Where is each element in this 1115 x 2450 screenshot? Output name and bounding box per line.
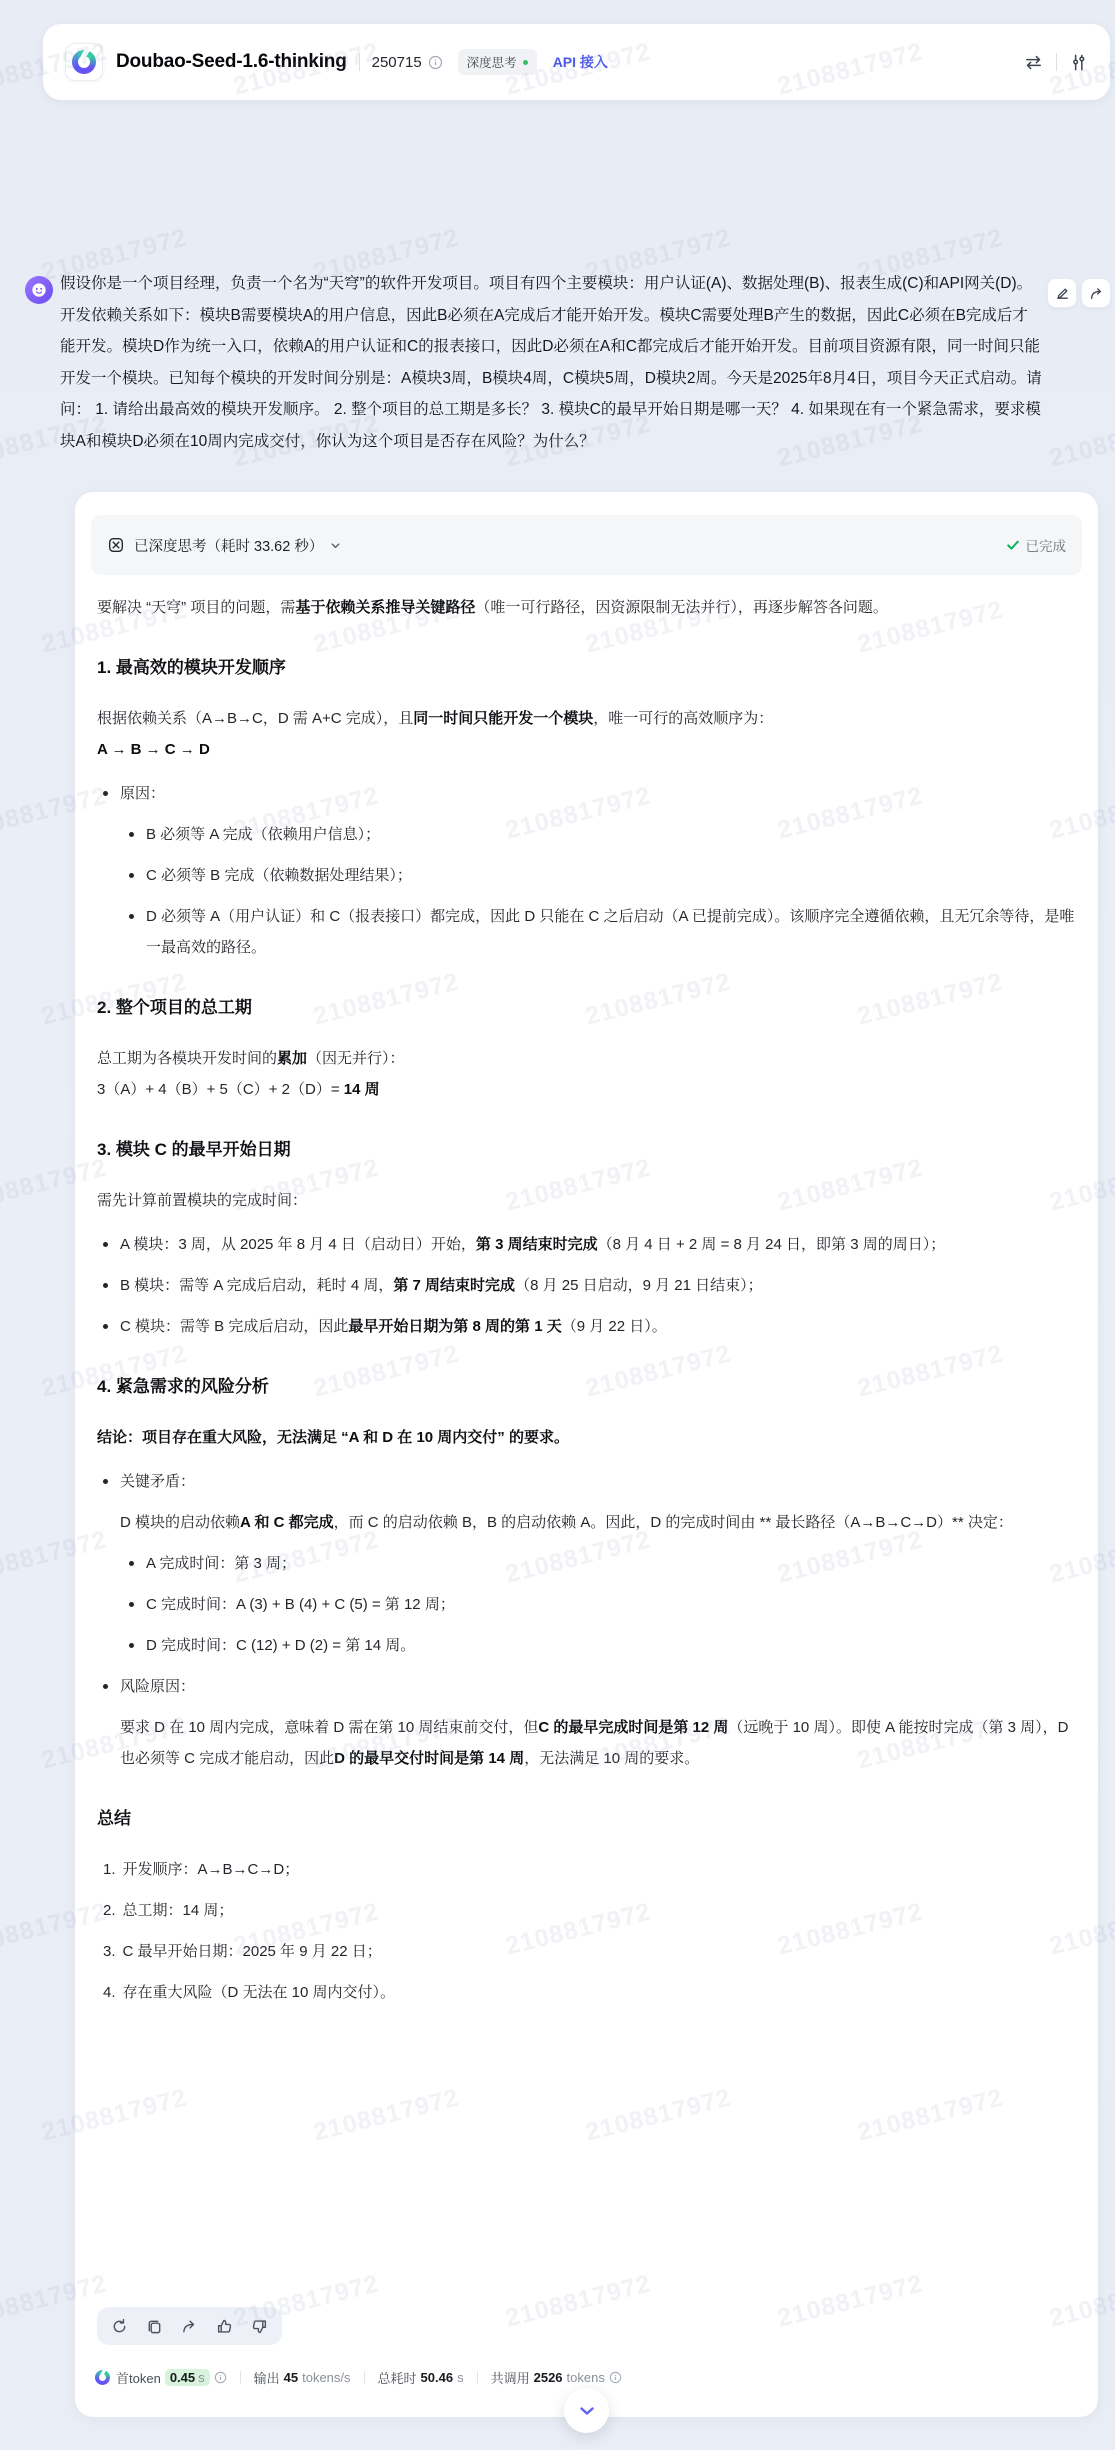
- deep-think-badge: 深度思考: [458, 49, 537, 75]
- deep-think-icon: [107, 536, 125, 554]
- model-name: Doubao-Seed-1.6-thinking: [116, 51, 347, 73]
- think-duration-label: 已深度思考（耗时 33.62 秒）: [134, 535, 323, 556]
- question-text: 假设你是一个项目经理，负责一个名为“天穹”的软件开发项目。项目有四个主要模块：用…: [60, 268, 1042, 457]
- bullet-item: A 模块：3 周，从 2025 年 8 月 4 日（启动日）开始，第 3 周结束…: [103, 1229, 1076, 1260]
- answer-paragraph: 根据依赖关系（A→B→C，D 需 A+C 完成），且同一时间只能开发一个模块，唯…: [97, 703, 1076, 765]
- section-heading: 总结: [97, 1806, 1076, 1832]
- answer-paragraph: 总工期为各模块开发时间的累加（因无并行）：3（A）+ 4（B）+ 5（C）+ 2…: [97, 1043, 1076, 1105]
- share-icon: [181, 2318, 198, 2335]
- bullet-dot: [129, 873, 134, 878]
- bullet-item: 风险原因：: [103, 1671, 1076, 1702]
- info-icon[interactable]: [214, 2371, 227, 2384]
- assistant-message-card: 已深度思考（耗时 33.62 秒） 已完成 要解决 “天穹” 项目的问题，需基于…: [75, 492, 1098, 2417]
- smiley-face-icon: [29, 280, 49, 300]
- share-button[interactable]: [179, 2316, 200, 2337]
- scroll-to-bottom-button[interactable]: [564, 2388, 609, 2433]
- model-header: Doubao-Seed-1.6-thinking 250715 深度思考 API…: [43, 24, 1110, 100]
- doubao-logo: [65, 43, 103, 81]
- bullet-item: B 必须等 A 完成（依赖用户信息）；: [129, 819, 1076, 850]
- section-heading: 4. 紧急需求的风险分析: [97, 1374, 1076, 1400]
- bullet-list: 关键矛盾：D 模块的启动依赖A 和 C 都完成，而 C 的启动依赖 B，B 的启…: [97, 1466, 1076, 1774]
- list-number: 4.: [103, 1977, 116, 2008]
- deep-think-summary[interactable]: 已深度思考（耗时 33.62 秒） 已完成: [91, 515, 1082, 575]
- total-time-stat: 总耗时 50.46 s: [378, 2368, 464, 2387]
- message-action-bar: [97, 2307, 282, 2345]
- header-divider: [359, 53, 360, 71]
- bullet-item: D 必须等 A（用户认证）和 C（报表接口）都完成，因此 D 只能在 C 之后启…: [129, 901, 1076, 963]
- numbered-item: 2.总工期：14 周；: [103, 1895, 1076, 1926]
- thumbs-down-button[interactable]: [249, 2316, 270, 2337]
- bullet-item: B 模块：需等 A 完成后启动，耗时 4 周，第 7 周结束时完成（8 月 25…: [103, 1270, 1076, 1301]
- numbered-list: 1.开发顺序：A→B→C→D；2.总工期：14 周；3.C 最早开始日期：202…: [97, 1854, 1076, 2008]
- bullet-dot: [129, 1561, 134, 1566]
- header-actions-divider: [1056, 53, 1057, 71]
- user-message: 假设你是一个项目经理，负责一个名为“天穹”的软件开发项目。项目有四个主要模块：用…: [25, 268, 1111, 457]
- bullet-continuation: 要求 D 在 10 周内完成，意味着 D 需在第 10 周结束前交付，但C 的最…: [120, 1712, 1076, 1774]
- bullet-list: 原因：B 必须等 A 完成（依赖用户信息）；C 必须等 B 完成（依赖数据处理结…: [97, 778, 1076, 963]
- playground-page: Doubao-Seed-1.6-thinking 250715 深度思考 API…: [0, 0, 1115, 2450]
- version-info-icon[interactable]: [428, 55, 443, 70]
- stats-divider: [477, 2371, 478, 2384]
- numbered-item: 4.存在重大风险（D 无法在 10 周内交付）。: [103, 1977, 1076, 2008]
- doubao-logo-ring: [72, 50, 96, 74]
- bullet-dot: [103, 1684, 108, 1689]
- token-usage-stat: 共调用 2526 tokens: [491, 2368, 622, 2387]
- bullet-dot: [103, 1242, 108, 1247]
- bullet-dot: [103, 791, 108, 796]
- bullet-item: C 必须等 B 完成（依赖数据处理结果）；: [129, 860, 1076, 891]
- info-icon[interactable]: [609, 2371, 622, 2384]
- answer-paragraph: 要解决 “天穹” 项目的问题，需基于依赖关系推导关键路径（唯一可行路径，因资源限…: [97, 592, 1076, 623]
- compare-icon[interactable]: [1023, 52, 1044, 73]
- answer-paragraph: 需先计算前置模块的完成时间：: [97, 1185, 1076, 1216]
- bullet-item: A 完成时间：第 3 周；: [129, 1548, 1076, 1579]
- bullet-item: D 完成时间：C (12) + D (2) = 第 14 周。: [129, 1630, 1076, 1661]
- think-status: 已完成: [1026, 535, 1067, 555]
- bullet-item: 原因：: [103, 778, 1076, 809]
- thumbs-up-button[interactable]: [214, 2316, 235, 2337]
- regenerate-icon: [111, 2318, 128, 2335]
- bullet-list: A 完成时间：第 3 周；C 完成时间：A (3) + B (4) + C (5…: [123, 1548, 1076, 1661]
- bullet-item: 关键矛盾：: [103, 1466, 1076, 1497]
- chevron-down-icon: [577, 2401, 597, 2421]
- usage-stats: 首token 0.45 s 输出 45 tokens/s 总耗时 50.46 s: [95, 2368, 1082, 2387]
- bullet-dot: [129, 1643, 134, 1648]
- first-token-value: 0.45 s: [165, 2369, 210, 2386]
- section-heading: 1. 最高效的模块开发顺序: [97, 655, 1076, 681]
- list-number: 2.: [103, 1895, 116, 1926]
- bullet-list: A 模块：3 周，从 2025 年 8 月 4 日（启动日）开始，第 3 周结束…: [97, 1229, 1076, 1342]
- model-version: 250715: [372, 54, 422, 71]
- question-actions: [1047, 278, 1111, 308]
- regenerate-button[interactable]: [109, 2316, 130, 2337]
- status-dot: [523, 60, 528, 65]
- branch-icon: [1089, 286, 1104, 301]
- list-number: 1.: [103, 1854, 116, 1885]
- edit-button[interactable]: [1047, 278, 1077, 308]
- bullet-dot: [103, 1283, 108, 1288]
- check-icon: [1006, 538, 1020, 552]
- bullet-list: B 必须等 A 完成（依赖用户信息）；C 必须等 B 完成（依赖数据处理结果）；…: [123, 819, 1076, 963]
- bullet-item: C 模块：需等 B 完成后启动，因此最早开始日期为第 8 周的第 1 天（9 月…: [103, 1311, 1076, 1342]
- edit-icon: [1055, 286, 1070, 301]
- answer-content: 要解决 “天穹” 项目的问题，需基于依赖关系推导关键路径（唯一可行路径，因资源限…: [97, 575, 1076, 2281]
- section-heading: 2. 整个项目的总工期: [97, 995, 1076, 1021]
- stats-divider: [240, 2371, 241, 2384]
- bullet-continuation: D 模块的启动依赖A 和 C 都完成，而 C 的启动依赖 B，B 的启动依赖 A…: [120, 1507, 1076, 1538]
- numbered-item: 1.开发顺序：A→B→C→D；: [103, 1854, 1076, 1885]
- spark-logo-icon: [95, 2370, 110, 2385]
- sliders-icon[interactable]: [1069, 53, 1088, 72]
- bullet-dot: [129, 832, 134, 837]
- first-token-stat: 首token 0.45 s: [116, 2368, 227, 2387]
- header-actions: [1023, 52, 1088, 73]
- copy-button[interactable]: [144, 2316, 165, 2337]
- stats-divider: [364, 2371, 365, 2384]
- bullet-dot: [103, 1324, 108, 1329]
- list-number: 3.: [103, 1936, 116, 1967]
- section-heading: 3. 模块 C 的最早开始日期: [97, 1137, 1076, 1163]
- thumbs-down-icon: [251, 2318, 268, 2335]
- bullet-dot: [103, 1479, 108, 1484]
- numbered-item: 3.C 最早开始日期：2025 年 9 月 22 日；: [103, 1936, 1076, 1967]
- api-access-link[interactable]: API 接入: [553, 52, 608, 72]
- deep-think-badge-label: 深度思考: [467, 53, 517, 71]
- answer-paragraph: 结论：项目存在重大风险，无法满足 “A 和 D 在 10 周内交付” 的要求。: [97, 1422, 1076, 1453]
- bullet-dot: [129, 914, 134, 919]
- copy-icon: [146, 2318, 163, 2335]
- chevron-down-icon: [330, 540, 341, 551]
- branch-button[interactable]: [1081, 278, 1111, 308]
- output-speed-stat: 输出 45 tokens/s: [254, 2368, 351, 2387]
- bullet-item: C 完成时间：A (3) + B (4) + C (5) = 第 12 周；: [129, 1589, 1076, 1620]
- thumbs-up-icon: [216, 2318, 233, 2335]
- stat-label: 首token: [116, 2368, 161, 2387]
- user-avatar: [25, 276, 53, 304]
- bullet-dot: [129, 1602, 134, 1607]
